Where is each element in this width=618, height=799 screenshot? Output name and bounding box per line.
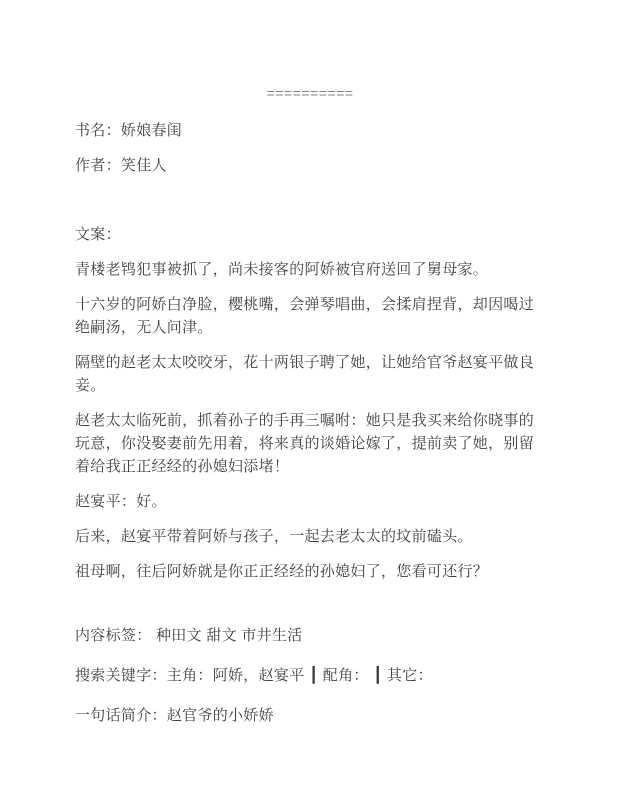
synopsis-paragraph: 隔壁的赵老太太咬咬牙，花十两银子聘了她，让她给官爷赵宴平做良妾。: [75, 351, 545, 397]
synopsis-paragraph: 十六岁的阿娇白净脸，樱桃嘴，会弹琴唱曲，会揉肩捏背，却因喝过绝嗣汤，无人问津。: [75, 293, 545, 339]
author-line: 作者：笑佳人: [75, 154, 545, 177]
synopsis-paragraph: 后来，赵宴平带着阿娇与孩子，一起去老太太的坟前磕头。: [75, 525, 545, 548]
content-tags-line: 内容标签： 种田文 甜文 市井生活: [75, 624, 545, 647]
synopsis-paragraph: 赵宴平：好。: [75, 490, 545, 513]
ebook-text-page: ========== 书名：娇娘春闺 作者：笑佳人 文案： 青楼老鸨犯事被抓了，…: [0, 0, 618, 799]
synopsis-paragraph: 青楼老鸨犯事被抓了，尚未接客的阿娇被官府送回了舅母家。: [75, 258, 545, 281]
blank-spacer: [75, 189, 545, 223]
section-separator: ==========: [75, 84, 545, 107]
book-title-line: 书名：娇娘春闺: [75, 119, 545, 142]
blank-spacer: [75, 595, 545, 624]
synopsis-paragraph: 祖母啊，往后阿娇就是你正正经经的孙媳妇了，您看可还行？: [75, 560, 545, 583]
one-line-intro: 一句话简介：赵官爷的小娇娇: [75, 704, 545, 727]
synopsis-paragraph: 赵老太太临死前，抓着孙子的手再三嘱咐：她只是我买来给你晓事的玩意，你没娶妻前先用…: [75, 409, 545, 478]
search-keywords-line: 搜索关键字：主角：阿娇，赵宴平 ┃ 配角： ┃ 其它：: [75, 664, 545, 687]
synopsis-label: 文案：: [75, 223, 545, 246]
